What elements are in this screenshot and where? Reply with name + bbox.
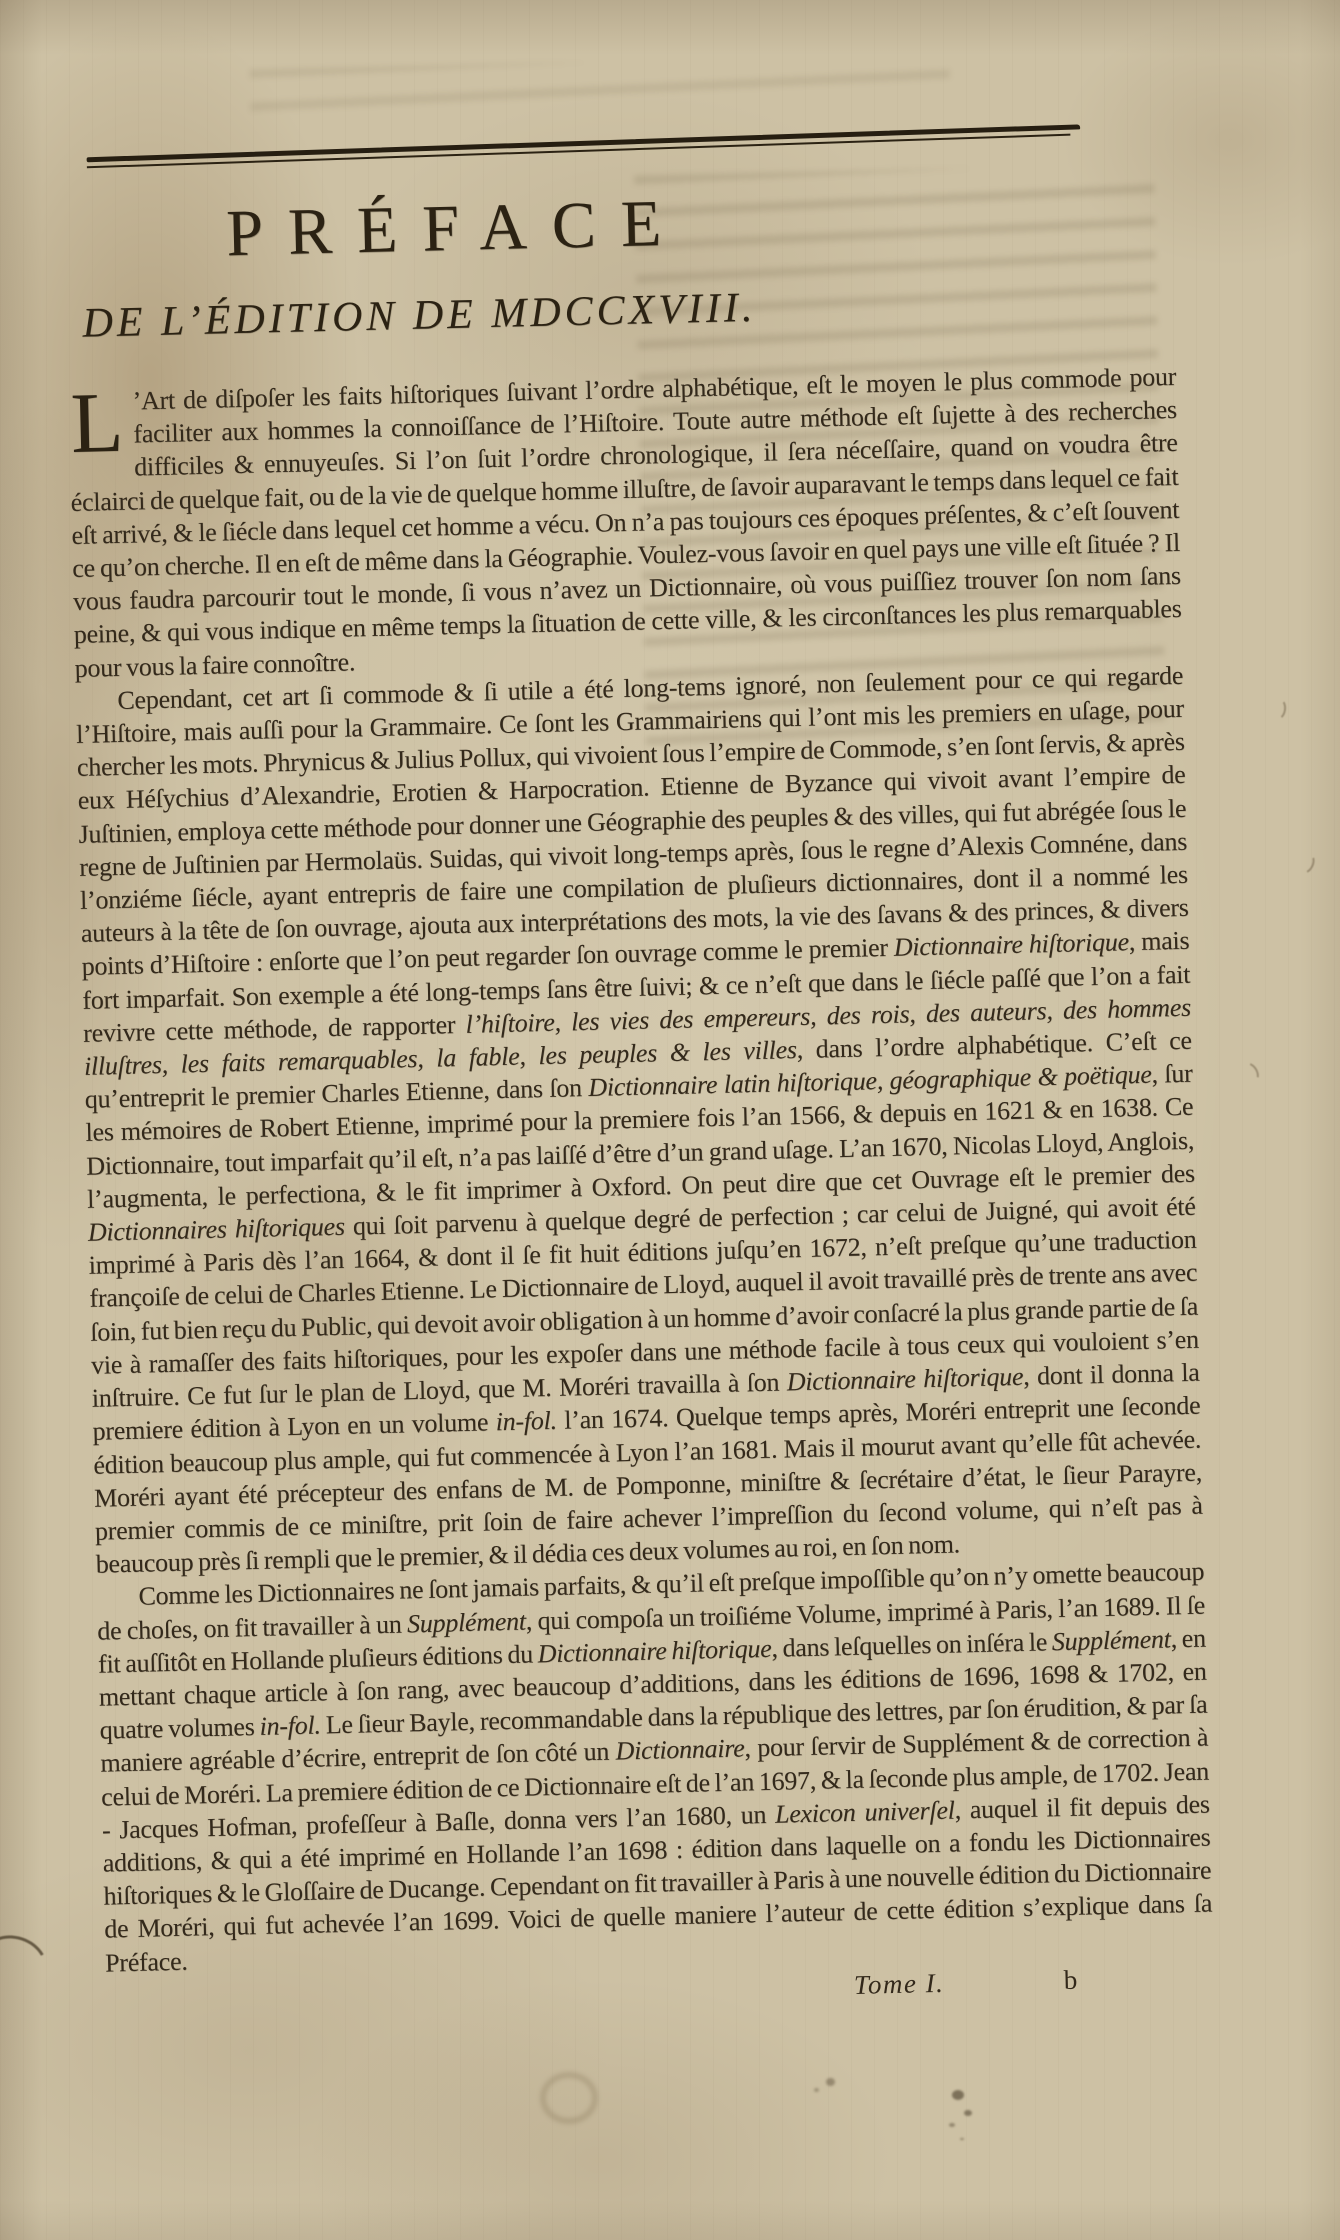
signature-mark: b bbox=[1063, 1964, 1077, 1995]
margin-squiggle bbox=[1269, 697, 1288, 721]
italic-text-segment: Supplément bbox=[407, 1606, 526, 1638]
paragraph: L’Art de diſpoſer les faits hiſtoriques … bbox=[68, 360, 1183, 685]
header-double-rule bbox=[87, 124, 1081, 168]
italic-text-segment: Dictionnaire hiſtorique bbox=[537, 1634, 771, 1669]
text-segment: , dans leſquelles on inſéra le bbox=[771, 1627, 1052, 1663]
page-content: PRÉFACE DE L’ÉDITION DE MDCCXVIII. L’Art… bbox=[62, 113, 1218, 2031]
paragraph: Cependant, cet art ſi commode & ſi utile… bbox=[75, 659, 1204, 1581]
italic-text-segment: Dictionnaire bbox=[615, 1734, 745, 1766]
italic-text-segment: Dictionnaires hiſtoriques bbox=[88, 1212, 346, 1247]
italic-text-segment: Dictionnaire hiſtorique bbox=[786, 1362, 1023, 1397]
rule-thin-line bbox=[87, 134, 1071, 169]
italic-text-segment: Lexicon univerſel bbox=[775, 1795, 955, 1828]
tome-label: Tome I. bbox=[854, 1968, 945, 2001]
italic-text-segment: Supplément bbox=[1052, 1624, 1171, 1656]
scanned-book-page: { "page": { "header": { "title": "PRÉFAC… bbox=[0, 0, 1340, 2240]
ink-blot bbox=[826, 2078, 835, 2086]
edge-pen-mark bbox=[0, 1927, 56, 2006]
margin-squiggle bbox=[1294, 850, 1318, 877]
text-segment: ’Art de diſpoſer les faits hiſtoriques ſ… bbox=[70, 362, 1182, 683]
drop-cap: L bbox=[68, 385, 134, 455]
ink-spots bbox=[952, 2090, 964, 2100]
verso-showthrough-top bbox=[250, 55, 951, 118]
italic-text-segment: Dictionnaire hiſtorique bbox=[893, 928, 1129, 963]
rule-thick-line bbox=[87, 124, 1081, 162]
italic-text-segment: in-fol. bbox=[259, 1711, 321, 1741]
ink-smudge bbox=[540, 2072, 598, 2124]
body-text: L’Art de diſpoſer les faits hiſtoriques … bbox=[68, 360, 1213, 1979]
edition-subtitle: DE L’ÉDITION DE MDCCXVIII. bbox=[82, 274, 1179, 348]
paragraph: Comme les Dictionnaires ne ſont jamais p… bbox=[96, 1555, 1213, 1979]
italic-text-segment: in-fol. bbox=[495, 1406, 557, 1436]
page-title: PRÉFACE bbox=[226, 174, 1178, 272]
margin-squiggle bbox=[1238, 1059, 1263, 1086]
